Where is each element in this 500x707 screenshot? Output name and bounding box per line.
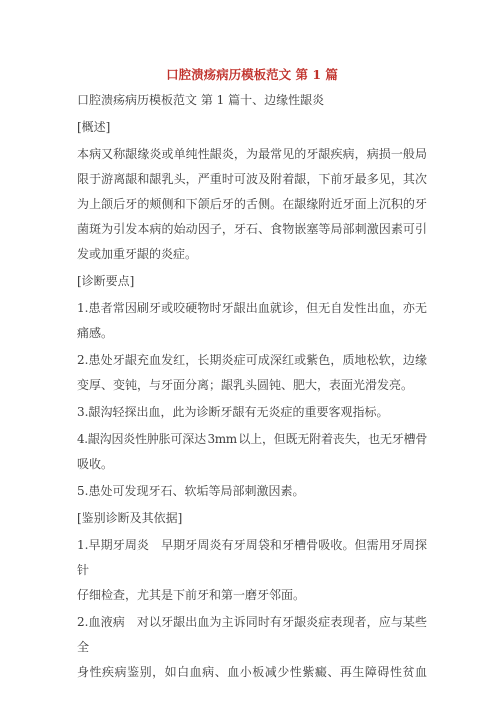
section-heading-differential-diagnosis: [鉴别诊断及其依据] <box>77 506 427 531</box>
text-line: 1.早期牙周炎 早期牙周炎有牙周袋和牙槽骨吸收。但需用牙周探针 <box>77 533 427 583</box>
paragraph-overview: 本病又称龈缘炎或单纯性龈炎，为最常见的牙龈疾病，病损一般局 限于游离龈和龈乳头，… <box>77 142 427 267</box>
text-line: [鉴别诊断及其依据] <box>77 506 427 531</box>
text-line: [诊断要点] <box>77 269 427 294</box>
differential-item-2: 2.血液病 对以牙龈出血为主诉同时有牙龈炎症表现者，应与某些全 身性疾病鉴别，如… <box>77 610 427 685</box>
text-line: 仔细检查，尤其是下前牙和第一磨牙邻面。 <box>77 583 427 608</box>
text-line: 为上颌后牙的颊侧和下颌后牙的舌侧。在龈缘附近牙面上沉积的牙 <box>77 192 427 217</box>
document-page: 口腔溃疡病历模板范文 第 1 篇 口腔溃疡病历模板范文 第 1 篇十、边缘性龈炎… <box>0 0 500 707</box>
text-line: 变厚、变钝，与牙面分离；龈乳头圆钝、肥大，表面光滑发亮。 <box>77 373 427 398</box>
text-line: 2.患处牙龈充血发红，长期炎症可成深红或紫色，质地松软，边缘 <box>77 348 427 373</box>
text-line: 痛感。 <box>77 321 427 346</box>
diagnosis-item-3: 3.龈沟轻探出血，此为诊断牙龈有无炎症的重要客观指标。 <box>77 400 427 425</box>
text-line: 5.患处可发现牙石、软垢等局部刺激因素。 <box>77 479 427 504</box>
text-line: [概述] <box>77 115 427 140</box>
text-line: 菌斑为引发本病的始动因子，牙石、食物嵌塞等局部刺激因素可引 <box>77 217 427 242</box>
text-line: 3.龈沟轻探出血，此为诊断牙龈有无炎症的重要客观指标。 <box>77 400 427 425</box>
diagnosis-item-4: 4.龈沟因炎性肿胀可深达 3mm 以上，但既无附着丧失，也无牙槽骨 吸收。 <box>77 427 427 477</box>
text-line: 吸收。 <box>77 452 427 477</box>
text-line: 本病又称龈缘炎或单纯性龈炎，为最常见的牙龈疾病，病损一般局 <box>77 142 427 167</box>
diagnosis-item-5: 5.患处可发现牙石、软垢等局部刺激因素。 <box>77 479 427 504</box>
differential-item-1: 1.早期牙周炎 早期牙周炎有牙周袋和牙槽骨吸收。但需用牙周探针 仔细检查，尤其是… <box>77 533 427 608</box>
page-title: 口腔溃疡病历模板范文 第 1 篇 <box>77 64 427 86</box>
section-heading-overview: [概述] <box>77 115 427 140</box>
text-line: 2.血液病 对以牙龈出血为主诉同时有牙龈炎症表现者，应与某些全 <box>77 610 427 660</box>
text-line: 1.患者常因刷牙或咬硬物时牙龈出血就诊，但无自发性出血，亦无 <box>77 296 427 321</box>
diagnosis-item-1: 1.患者常因刷牙或咬硬物时牙龈出血就诊，但无自发性出血，亦无 痛感。 <box>77 296 427 346</box>
document-content: 口腔溃疡病历模板范文 第 1 篇 口腔溃疡病历模板范文 第 1 篇十、边缘性龈炎… <box>0 0 500 685</box>
text-line: 限于游离龈和龈乳头，严重时可波及附着龈，下前牙最多见，其次 <box>77 167 427 192</box>
diagnosis-item-2: 2.患处牙龈充血发红，长期炎症可成深红或紫色，质地松软，边缘 变厚、变钝，与牙面… <box>77 348 427 398</box>
text-line: 发或加重牙龈的炎症。 <box>77 242 427 267</box>
subtitle-paragraph: 口腔溃疡病历模板范文 第 1 篇十、边缘性龈炎 <box>77 88 427 113</box>
text-line: 4.龈沟因炎性肿胀可深达 3mm 以上，但既无附着丧失，也无牙槽骨 <box>77 427 427 452</box>
section-heading-diagnosis-points: [诊断要点] <box>77 269 427 294</box>
text-line: 身性疾病鉴别，如白血病、血小板减少性紫癜、再生障碍性贫血 <box>77 660 427 685</box>
text-line: 口腔溃疡病历模板范文 第 1 篇十、边缘性龈炎 <box>77 88 427 113</box>
